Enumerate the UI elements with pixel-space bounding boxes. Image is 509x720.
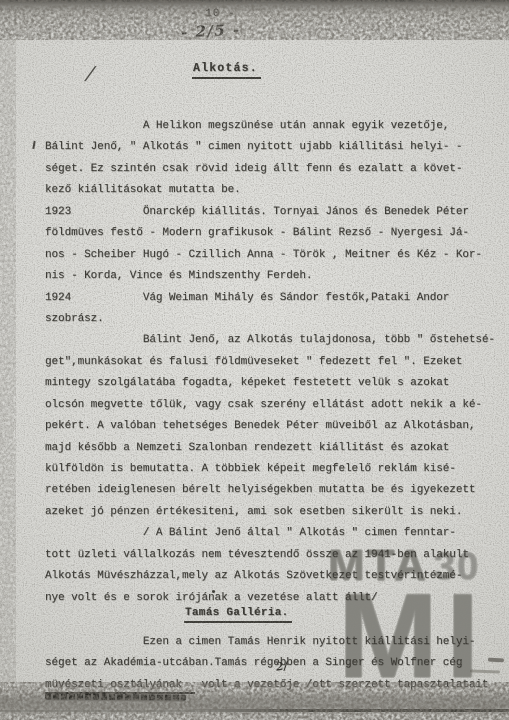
typed-line: séget. Ez szintén csak rövid ideig állt … <box>45 159 509 180</box>
scan-bottom-edge-line-left <box>0 710 195 712</box>
typed-line: A Helikon megszünése után annak egyik ve… <box>45 116 509 137</box>
margin-slash-mark: / <box>85 61 95 86</box>
paper: MTA 30 MI - 10 - - 2/5 - / Alkotás. A He… <box>0 0 509 720</box>
typed-line: Alkotás Müvészházzal,mely az Alkotás Szö… <box>45 566 509 587</box>
typed-line: szobrász. <box>45 309 509 330</box>
typed-line: nis - Korda, Vince és Mindszenthy Ferdeh… <box>45 266 509 287</box>
typed-line: / A Bálint Jenő által " Alkotás " cimen … <box>45 523 509 544</box>
section-heading-tamas-galeria: Tamás Galléria. <box>184 607 292 623</box>
typed-line: Bálint Jenő, az Alkotás tulajdonosa, töb… <box>45 330 509 351</box>
scan-bottom-edge-line <box>190 709 509 712</box>
typed-text-block-1: A Helikon megszünése után annak egyik ve… <box>45 116 509 609</box>
typed-line: tott üzleti vállalkozás nem tévesztendő … <box>45 545 509 566</box>
typed-line: get",munkásokat és falusi földmüveseket … <box>45 352 509 373</box>
typed-line: kező kiállitásokat mutatta be. <box>45 180 509 201</box>
typed-line: külföldön is bemutatta. A többiek képeit… <box>45 459 509 480</box>
typed-line: majd később a Nemzeti Szalonban rendezet… <box>45 438 509 459</box>
typed-line-year-1924: 1924 Vág Weiman Mihály és Sándor festők,… <box>45 288 509 309</box>
section-heading-alkotas: Alkotás. <box>192 62 261 79</box>
typed-line: Ezen a cimen Tamás Henrik nyitott kiálli… <box>45 632 509 653</box>
typed-line: földmüves festő - Modern grafikusok - Bá… <box>45 223 509 244</box>
handwritten-superscript-correction: 2/ <box>275 659 288 673</box>
scan-top-band <box>0 0 509 30</box>
typed-line: retében ideiglenesen bérelt helyiségekbe… <box>45 480 509 501</box>
typed-line-year-1923: 1923 Önarckép kiállitás. Tornyai János é… <box>45 202 509 223</box>
stray-tick-mark <box>32 141 35 149</box>
stray-dot-mark <box>212 590 215 593</box>
typed-line: pekért. A valóban tehetséges Benedek Pét… <box>45 416 509 437</box>
typed-line: nye volt és e sorok irójának a vezetése … <box>45 588 509 609</box>
typed-line: azeket jó pénzen értékesiteni, ami sok e… <box>45 502 509 523</box>
typed-line: Bálint Jenő, " Alkotás " cimen nyitott u… <box>45 137 509 158</box>
typed-line: mintegy szolgálatába fogadta, képeket fe… <box>45 373 509 394</box>
typed-line: olcsón megvette tőlük, vagy csak szerény… <box>45 395 509 416</box>
typed-line: nos - Scheiber Hugó - Czillich Anna - Tö… <box>45 245 509 266</box>
